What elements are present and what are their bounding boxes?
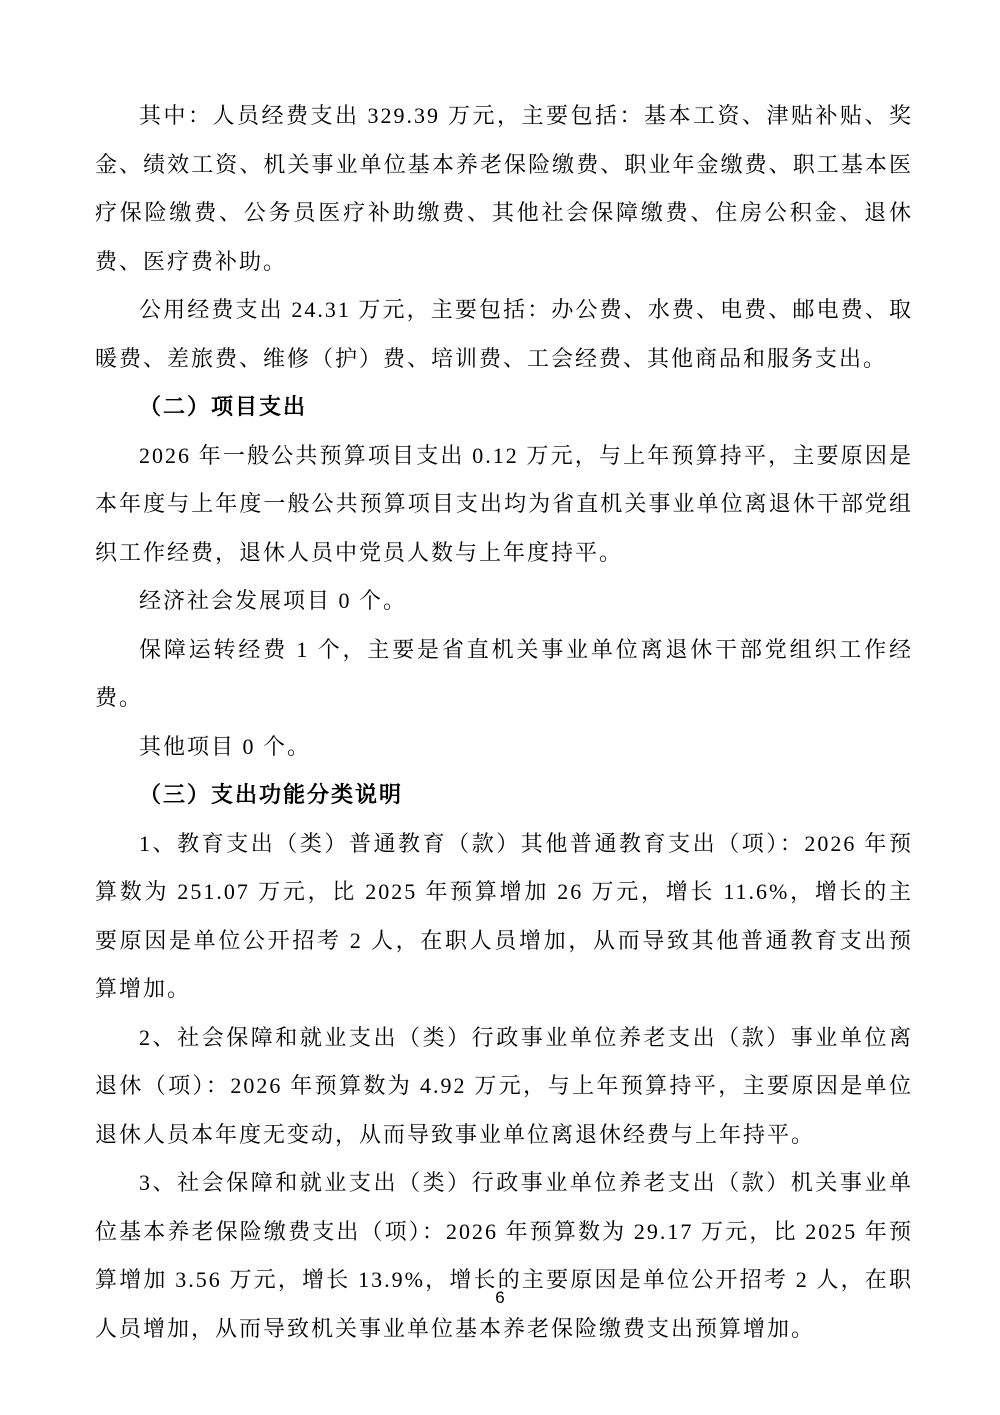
heading-function-classification: （三）支出功能分类说明 bbox=[95, 771, 913, 820]
document-page: 其中：人员经费支出 329.39 万元，主要包括：基本工资、津贴补贴、奖金、绩效… bbox=[0, 0, 1000, 1415]
page-number: 6 bbox=[0, 1288, 1000, 1308]
heading-project-expenditure: （二）项目支出 bbox=[95, 383, 913, 432]
paragraph-economic-projects: 经济社会发展项目 0 个。 bbox=[95, 577, 913, 626]
paragraph-social-security-retiree: 2、社会保障和就业支出（类）行政事业单位养老支出（款）事业单位离退休（项）：20… bbox=[95, 1014, 913, 1160]
document-body: 其中：人员经费支出 329.39 万元，主要包括：基本工资、津贴补贴、奖金、绩效… bbox=[95, 92, 913, 1353]
paragraph-public-expense: 公用经费支出 24.31 万元，主要包括：办公费、水费、电费、邮电费、取暖费、差… bbox=[95, 286, 913, 383]
paragraph-social-security-pension: 3、社会保障和就业支出（类）行政事业单位养老支出（款）机关事业单位基本养老保险缴… bbox=[95, 1159, 913, 1353]
paragraph-personnel-expense: 其中：人员经费支出 329.39 万元，主要包括：基本工资、津贴补贴、奖金、绩效… bbox=[95, 92, 913, 286]
paragraph-operation-funds: 保障运转经费 1 个，主要是省直机关事业单位离退休干部党组织工作经费。 bbox=[95, 626, 913, 723]
paragraph-project-budget: 2026 年一般公共预算项目支出 0.12 万元，与上年预算持平，主要原因是本年… bbox=[95, 432, 913, 578]
paragraph-education-expenditure: 1、教育支出（类）普通教育（款）其他普通教育支出（项）：2026 年预算数为 2… bbox=[95, 820, 913, 1014]
paragraph-other-projects: 其他项目 0 个。 bbox=[95, 723, 913, 772]
